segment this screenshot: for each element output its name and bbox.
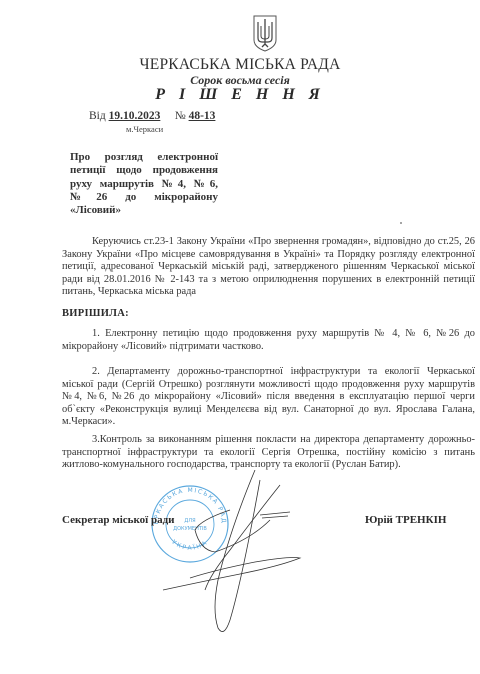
item-3: 3.Контроль за виконанням рішення покласт… [62, 434, 475, 472]
item-2: 2. Департаменту дорожньо-транспортної ін… [62, 366, 475, 429]
preamble-paragraph: Керуючись ст.23-1 Закону України «Про зв… [62, 236, 475, 299]
resolved-heading: ВИРІШИЛА: [62, 308, 129, 319]
subject-line: петиції щодо продовження [70, 164, 218, 177]
subject-line: руху маршрутів №4, №6, [70, 178, 218, 191]
subject-line: №26 до мікрорайону [70, 191, 218, 204]
item-1: 1. Електронну петицію щодо продовження р… [62, 328, 475, 353]
from-label: Від [89, 110, 106, 122]
decision-number: 48-13 [189, 110, 216, 122]
decision-subject: Про розгляд електронної петиції щодо про… [70, 151, 218, 217]
trident-emblem-icon [252, 14, 278, 52]
handwritten-signature [160, 470, 310, 640]
document-type: Р І Ш Е Н Н Я [0, 86, 480, 104]
city: м.Черкаси [126, 124, 163, 134]
subject-line: Про розгляд електронної [70, 151, 218, 164]
decision-date: 19.10.2023 [109, 110, 161, 122]
signatory-name: Юрій ТРЕНКІН [365, 514, 446, 526]
number-label: № [175, 110, 186, 122]
subject-line: «Лісовий» [70, 204, 218, 217]
date-number-line: Від 19.10.2023 № 48-13 [89, 110, 215, 122]
signatory-position: Секретар міської ради [62, 514, 174, 526]
scan-speck [400, 222, 402, 224]
council-name: ЧЕРКАСЬКА МІСЬКА РАДА [0, 56, 480, 74]
